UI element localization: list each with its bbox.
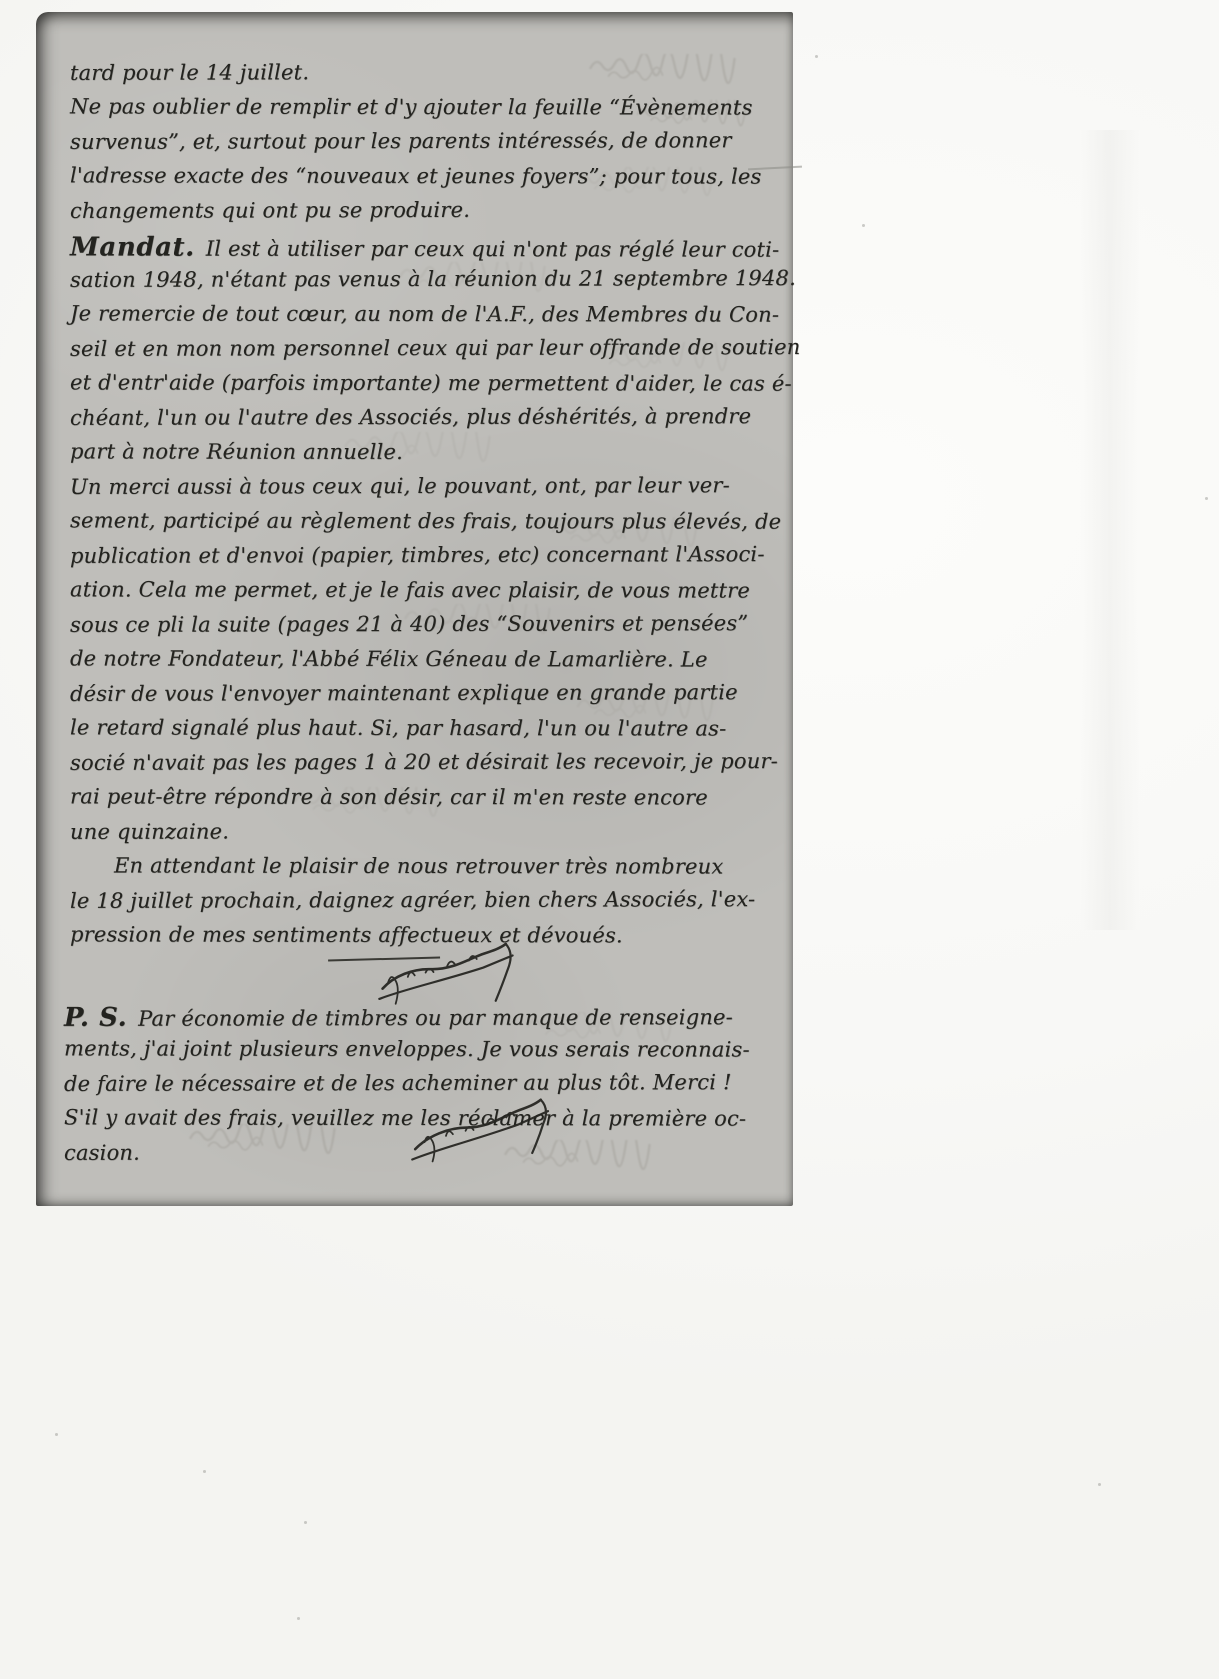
handwritten-line: seil et en mon nom personnel ceux qui pa… (70, 335, 770, 371)
handwritten-line: En attendant le plaisir de nous retrouve… (70, 853, 770, 889)
handwritten-line: Mandat. Il est à utiliser par ceux qui n… (70, 232, 770, 268)
handwritten-line: une quinzaine. (70, 818, 770, 854)
signature-scribble (371, 933, 526, 1023)
handwritten-line: l'adresse exacte des “nouveaux et jeunes… (70, 163, 770, 199)
handwritten-line: Ne pas oublier de remplir et d'y ajouter… (70, 94, 770, 130)
letter-paper: tard pour le 14 juillet.Ne pas oublier d… (36, 12, 793, 1206)
handwritten-line: socié n'avait pas les pages 1 à 20 et dé… (70, 749, 770, 785)
handwritten-line: désir de vous l'envoyer maintenant expli… (70, 680, 770, 716)
handwritten-line: de faire le nécessaire et de les achemin… (64, 1070, 764, 1106)
handwritten-line: tard pour le 14 juillet. (70, 59, 770, 95)
handwritten-line: chéant, l'un ou l'autre des Associés, pl… (70, 404, 770, 440)
handwritten-line: changements qui ont pu se produire. (70, 197, 770, 233)
scanner-streak (1080, 130, 1140, 930)
handwritten-line: publication et d'envoi (papier, timbres,… (70, 542, 770, 578)
scan-speck (55, 1433, 58, 1436)
handwritten-line: Un merci aussi à tous ceux qui, le pouva… (70, 473, 770, 509)
handwritten-line: part à notre Réunion annuelle. (70, 439, 770, 475)
letter-body: tard pour le 14 juillet.Ne pas oublier d… (70, 60, 770, 957)
handwritten-line: ation. Cela me permet, et je le fais ave… (70, 577, 770, 613)
handwritten-line: et d'entr'aide (parfois importante) me p… (70, 370, 770, 406)
handwritten-line: survenus”, et, surtout pour les parents … (70, 128, 770, 164)
paragraph-lead-word: Mandat. (70, 232, 199, 262)
scan-speck (203, 1470, 206, 1473)
scan-speck (862, 224, 865, 227)
handwritten-line: Je remercie de tout cœur, au nom de l'A.… (70, 301, 770, 337)
handwritten-line: le retard signalé plus haut. Si, par has… (70, 715, 770, 751)
handwritten-line: sous ce pli la suite (pages 21 à 40) des… (70, 611, 770, 647)
paragraph-lead-word: P. S. (64, 1003, 131, 1033)
scan-speck (304, 1521, 307, 1524)
scan-speck (297, 1617, 300, 1620)
scan-speck (1098, 1483, 1101, 1486)
handwritten-line: sation 1948, n'étant pas venus à la réun… (70, 266, 770, 302)
scanned-letter-page: tard pour le 14 juillet.Ne pas oublier d… (0, 0, 1219, 1679)
handwritten-line: le 18 juillet prochain, daignez agréer, … (70, 887, 770, 923)
scan-speck (1205, 497, 1208, 500)
handwritten-line: rai peut-être répondre à son désir, car … (70, 784, 770, 820)
handwritten-line: ments, j'ai joint plusieurs enveloppes. … (64, 1036, 764, 1072)
handwritten-line: de notre Fondateur, l'Abbé Félix Géneau … (70, 646, 770, 682)
scan-speck (815, 55, 818, 58)
handwritten-line: sement, participé au règlement des frais… (70, 508, 770, 544)
